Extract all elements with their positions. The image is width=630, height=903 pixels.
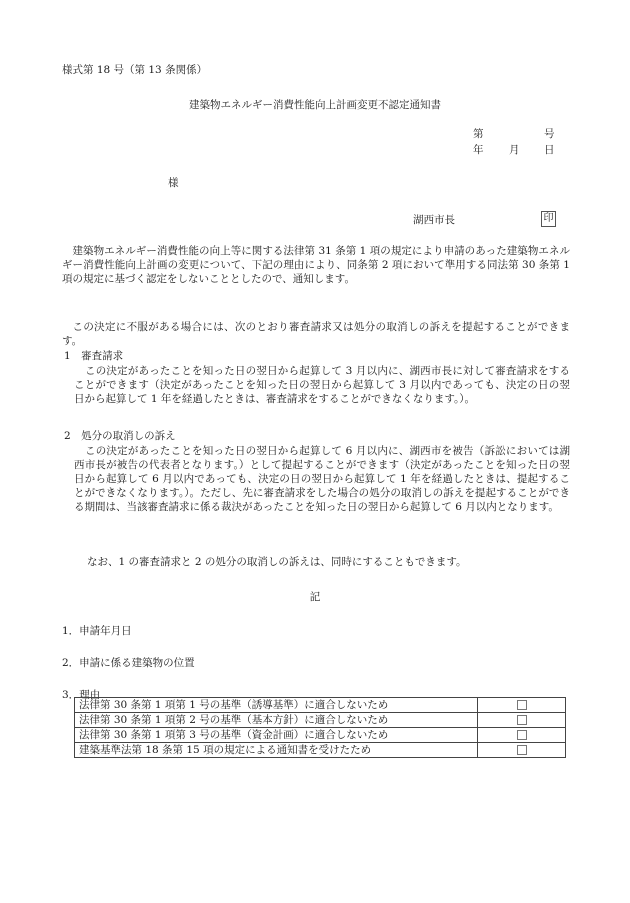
reason-text: 法律第 30 条第 1 項第 2 号の基準（基本方針）に適合しないため bbox=[75, 713, 478, 728]
reason-checkbox[interactable] bbox=[517, 700, 527, 710]
table-row: 法律第 30 条第 1 項第 3 号の基準（資金計画）に適合しないため bbox=[75, 728, 566, 743]
reason-checkbox-cell bbox=[478, 728, 566, 743]
section-text-revocation-suit: この決定があったことを知った日の翌日から起算して 6 月以内に、湖西市を被告（訴… bbox=[74, 444, 570, 514]
reason-text: 法律第 30 条第 1 項第 1 号の基準（誘導基準）に適合しないため bbox=[75, 698, 478, 713]
reason-checkbox-cell bbox=[478, 698, 566, 713]
section-heading-revocation-suit: 2 処分の取消しの訴え bbox=[64, 429, 176, 443]
issuer-name: 湖西市長 bbox=[413, 213, 455, 227]
record-heading: 記 bbox=[0, 590, 630, 604]
number-suffix: 号 bbox=[544, 127, 555, 141]
reason-text: 法律第 30 条第 1 項第 3 号の基準（資金計画）に適合しないため bbox=[75, 728, 478, 743]
reason-checkbox[interactable] bbox=[517, 745, 527, 755]
form-number: 様式第 18 号（第 13 条関係） bbox=[62, 63, 207, 77]
item-building-location: 2．申請に係る建築物の位置 bbox=[62, 656, 195, 670]
date-day: 日 bbox=[544, 143, 555, 157]
item-application-date: 1．申請年月日 bbox=[62, 624, 132, 638]
date-month: 月 bbox=[509, 143, 520, 157]
table-row: 法律第 30 条第 1 項第 1 号の基準（誘導基準）に適合しないため bbox=[75, 698, 566, 713]
document-title: 建築物エネルギー消費性能向上計画変更不認定通知書 bbox=[0, 98, 630, 112]
main-paragraph: 建築物エネルギー消費性能の向上等に関する法律第 31 条第 1 項の規定により申… bbox=[62, 244, 570, 286]
addressee-suffix: 様 bbox=[168, 176, 179, 190]
section-text-review-request: この決定があったことを知った日の翌日から起算して 3 月以内に、湖西市長に対して… bbox=[74, 364, 570, 406]
table-row: 建築基準法第 18 条第 15 項の規定による通知書を受けたため bbox=[75, 743, 566, 758]
date-year: 年 bbox=[473, 143, 484, 157]
reason-checkbox-cell bbox=[478, 743, 566, 758]
number-prefix: 第 bbox=[473, 127, 484, 141]
reasons-table: 法律第 30 条第 1 項第 1 号の基準（誘導基準）に適合しないため 法律第 … bbox=[74, 697, 566, 758]
reason-text: 建築基準法第 18 条第 15 項の規定による通知書を受けたため bbox=[75, 743, 478, 758]
section-heading-review-request: 1 審査請求 bbox=[64, 349, 123, 363]
appeal-intro: この決定に不服がある場合には、次のとおり審査請求又は処分の取消しの訴えを提起する… bbox=[62, 320, 570, 348]
note-paragraph: なお、1 の審査請求と 2 の処分の取消しの訴えは、同時にすることもできます。 bbox=[87, 555, 467, 569]
reason-checkbox-cell bbox=[478, 713, 566, 728]
seal-stamp-box: 印 bbox=[541, 211, 556, 227]
reason-checkbox[interactable] bbox=[517, 715, 527, 725]
reason-checkbox[interactable] bbox=[517, 730, 527, 740]
table-row: 法律第 30 条第 1 項第 2 号の基準（基本方針）に適合しないため bbox=[75, 713, 566, 728]
